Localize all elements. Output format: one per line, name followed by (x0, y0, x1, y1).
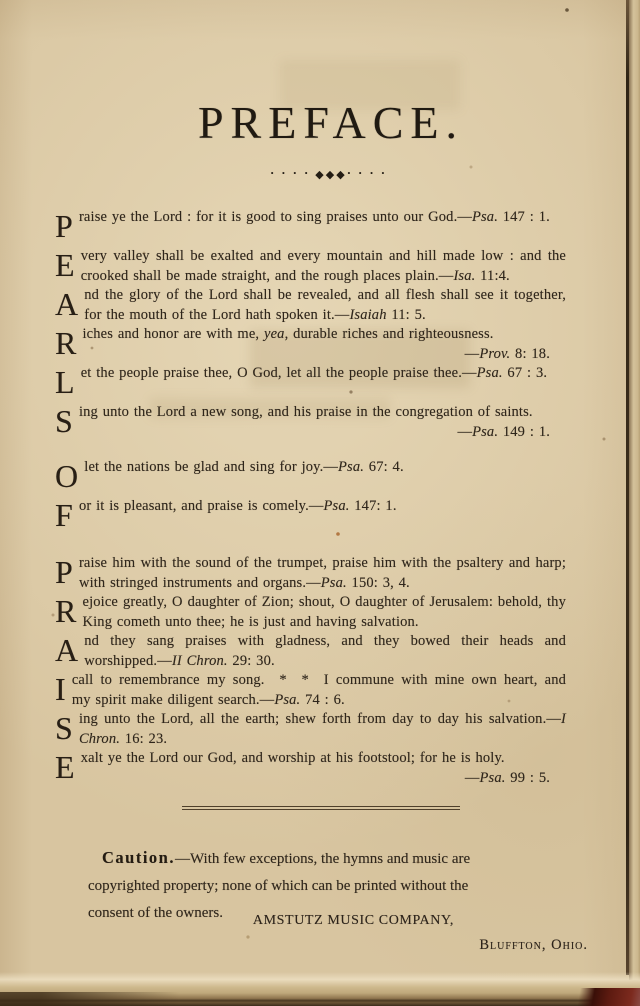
verse-initial: F (54, 497, 79, 536)
verse: Sing unto the Lord a new song, and his p… (54, 403, 566, 442)
verse: Praise ye the Lord : for it is good to s… (54, 208, 566, 247)
verse-text: nd the glory of the Lord shall be reveal… (84, 287, 566, 323)
verse-initial: E (54, 749, 81, 788)
verse-reference: —Psa. 99 : 5. (54, 769, 566, 789)
verse-initial: A (54, 632, 84, 671)
verse: Icall to remembrance my song. * * I comm… (54, 671, 566, 710)
verse: Riches and honor are with me, yea, durab… (54, 325, 566, 364)
verse-initial: P (54, 208, 79, 247)
paper-speckles (0, 0, 2, 2)
verse: Praise him with the sound of the trumpet… (54, 554, 566, 593)
publisher-name: AMSTUTZ MUSIC COMPANY, (253, 913, 454, 929)
verse-text: ejoice greatly, O daughter of Zion; shou… (83, 594, 567, 630)
ornament-diamonds: ◆◆◆ (315, 169, 346, 181)
verse-initial: A (54, 286, 84, 325)
verse-initial: P (54, 554, 79, 593)
verse-initial: O (54, 458, 84, 497)
verse: And the glory of the Lord shall be revea… (54, 286, 566, 325)
verse-text: et the people praise thee, O God, let al… (81, 365, 547, 381)
verse-initial: R (54, 325, 83, 364)
adjacent-page-edge (629, 0, 640, 980)
verse: Let the people praise thee, O God, let a… (54, 364, 566, 403)
verse-reference: —Prov. 8: 18. (54, 345, 566, 365)
verse-text: let the nations be glad and sing for joy… (84, 459, 403, 475)
verse: For it is pleasant, and praise is comely… (54, 497, 566, 536)
verse: Every valley shall be exalted and every … (54, 247, 566, 286)
verse: Rejoice greatly, O daughter of Zion; sho… (54, 593, 566, 632)
verse-initial: R (54, 593, 83, 632)
book-cover-corner (556, 988, 640, 1006)
verse-initial: S (54, 403, 79, 442)
verse-text: iches and honor are with me, yea, durabl… (83, 326, 494, 342)
verse-text: or it is pleasant, and praise is comely.… (79, 498, 397, 514)
verse-text: ing unto the Lord a new song, and his pr… (79, 404, 533, 420)
page-title: PREFACE. (96, 96, 566, 150)
verse: Olet the nations be glad and sing for jo… (54, 458, 566, 497)
scanned-book-page: PREFACE. ····◆◆◆···· Praise ye the Lord … (0, 0, 640, 1006)
verse-reference: —Psa. 149 : 1. (54, 423, 566, 443)
bottom-left-fold-shadow (0, 992, 210, 1006)
verse: And they sang praises with gladness, and… (54, 632, 566, 671)
ornament-divider: ····◆◆◆···· (96, 166, 566, 182)
verse-initial: S (54, 710, 79, 749)
verse-text: very valley shall be exalted and every m… (81, 248, 566, 284)
verse-text: nd they sang praises with gladness, and … (84, 633, 566, 669)
verse: Exalt ye the Lord our God, and worship a… (54, 749, 566, 788)
ornament-dots-right: ···· (347, 165, 392, 180)
ornament-dots-left: ···· (270, 165, 315, 180)
publisher-location: Bluffton, Ohio. (479, 937, 588, 954)
verse-list: Praise ye the Lord : for it is good to s… (54, 208, 566, 788)
verse-initial: L (54, 364, 81, 403)
verse: Sing unto the Lord, all the earth; shew … (54, 710, 566, 749)
verse-text: call to remembrance my song. * * I commu… (72, 672, 566, 708)
verse-text: xalt ye the Lord our God, and worship at… (81, 750, 505, 766)
verse-text: raise ye the Lord : for it is good to si… (79, 209, 550, 225)
page-content: PREFACE. ····◆◆◆···· Praise ye the Lord … (54, 0, 566, 927)
verse-initial: E (54, 247, 81, 286)
section-divider-rule (182, 806, 460, 810)
verse-text: raise him with the sound of the trumpet,… (79, 555, 566, 591)
verse-initial: I (54, 671, 72, 710)
caution-label: Caution. (102, 848, 175, 867)
verse-text: ing unto the Lord, all the earth; shew f… (79, 711, 566, 747)
